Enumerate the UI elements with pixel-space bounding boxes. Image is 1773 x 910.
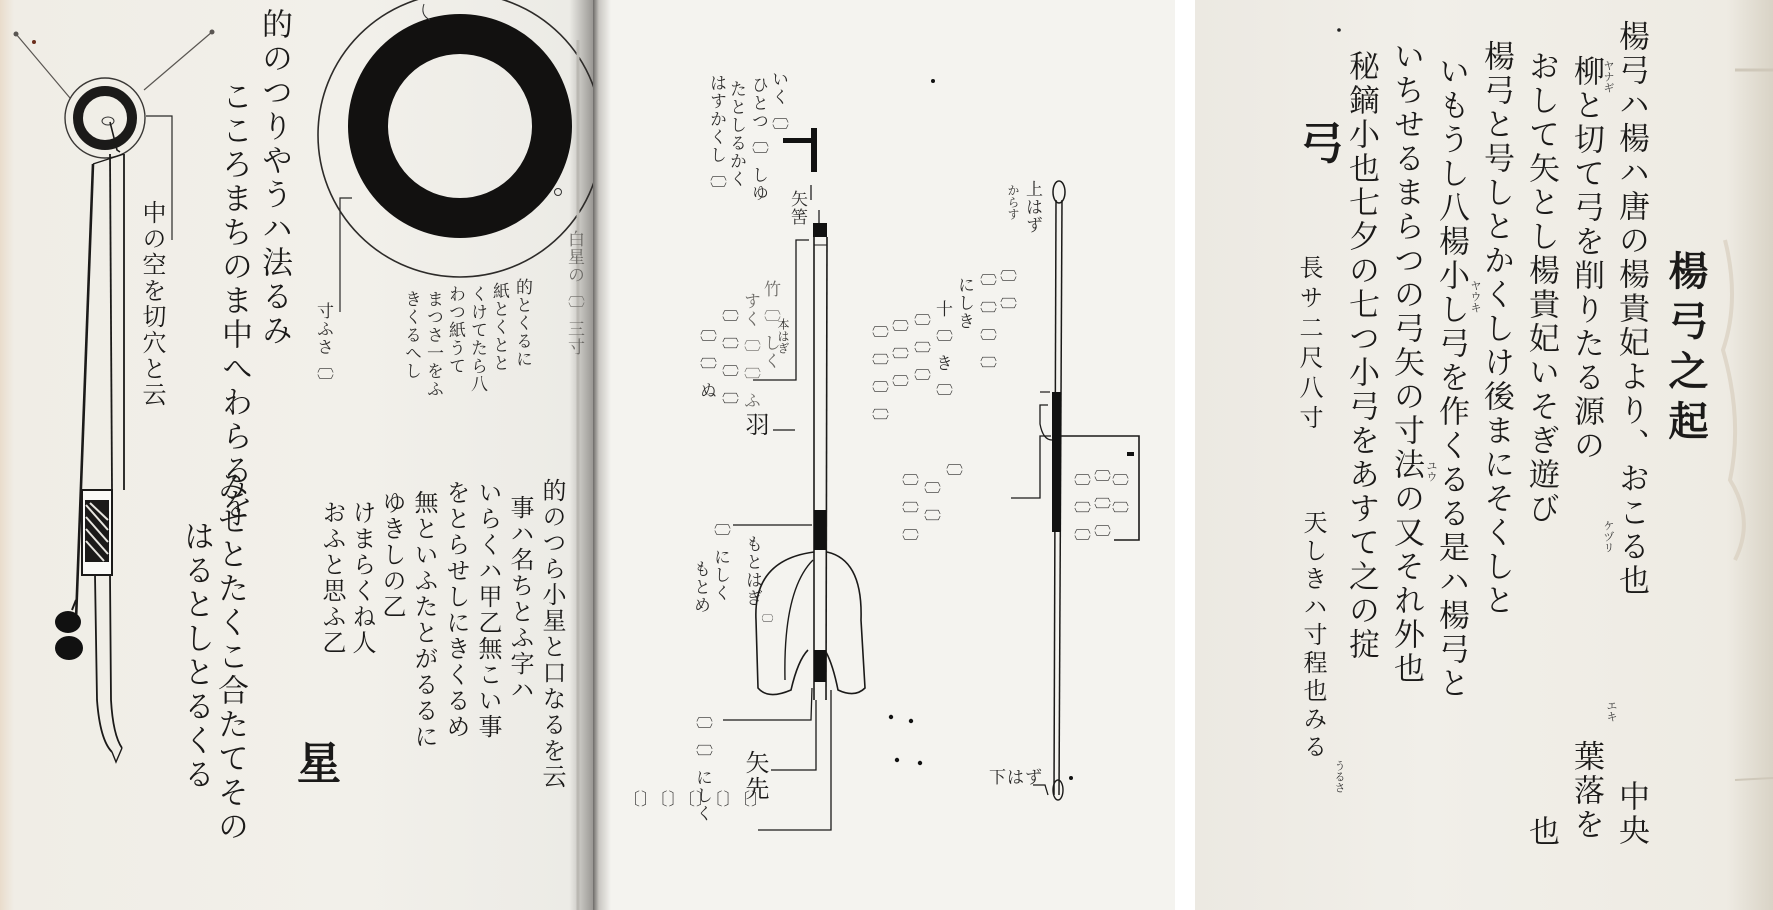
arrow1-label: 〔〕〔〕〔〕〔〕 (719, 298, 736, 417)
scan-gap (1175, 0, 1195, 910)
arrow2-ruby: からす (1007, 184, 1019, 220)
arrow1-label: 〔〕 (761, 606, 773, 630)
manuscript-column: はるとしとるくる (180, 520, 211, 792)
manuscript-column: 天しきハ寸程也みる (1301, 510, 1325, 762)
arrow1-label: もとめ (691, 560, 708, 614)
manuscript-column: おふと思ふ乙 (320, 500, 344, 656)
paper-note-column: まつさ一をふ (424, 290, 441, 398)
large-kanji-hoshi: 星 (292, 740, 336, 788)
arrow1-label: 〔〕〔〕〔〕〔〕〔〕 (623, 792, 769, 809)
paper-note-column: 的とくるに (513, 278, 530, 368)
document-title: 楊弓之起 (1665, 250, 1705, 450)
arrow1-label: たとしるかく (727, 80, 744, 188)
arrow2-label: 〔〕〔〕〔〕 (911, 302, 928, 393)
large-target-icon (318, 0, 593, 277)
arrow-diagrams (593, 0, 1175, 910)
arrow2-box-label: 〔〕〔〕〔〕 (1091, 458, 1108, 549)
arrow2-label: 〔〕〔〕〔〕〔〕 (977, 262, 994, 381)
ruby-text: ケヅリ (1600, 520, 1616, 553)
arrow2-label: 〔〕〔〕〔〕〔〕 (869, 314, 886, 433)
arrow1-nock-label: 矢筈 (788, 190, 805, 226)
gutter-note-column: 白星の〔〕三寸 (565, 230, 582, 356)
arrow1-label: 〔〕にしく (711, 512, 728, 602)
small-target-icon (65, 78, 145, 158)
ruby-text: ヤナギ (1600, 60, 1616, 93)
manuscript-column: いもうし八楊小し弓を作くるる是ハ楊弓と (1435, 55, 1466, 701)
paper-note-column: くけてたら八 (468, 285, 485, 393)
manuscript-column: 的のつりやうハ法るみ (258, 8, 289, 348)
manuscript-column: こころまちのま中へわらるを (218, 80, 249, 522)
arrow1-label: はすかくし〔〕 (707, 74, 724, 200)
manuscript-column: いちせるまらつの弓矢の寸法の又それ外也 (1390, 40, 1421, 686)
arrow1-label: 〔〕〔〕ぬ (697, 318, 714, 400)
bow-label-text: 中の空を切穴と云 (140, 200, 164, 408)
manuscript-column-end: 葉落を (1570, 740, 1601, 842)
arrow1-label: いく〔〕 (769, 70, 786, 142)
manuscript-column: おして矢とし楊貴妃いそぎ遊び (1525, 50, 1556, 526)
bow-length: 長サ二尺八寸 (1297, 255, 1321, 435)
manuscript-column: 楊弓ハ楊ハ唐の楊貴妃より、おこる也 (1615, 20, 1646, 598)
arrow1-feather-label: 羽 (743, 412, 767, 438)
manuscript-column: 楊弓と号しとかくしけ後まにそくしと (1480, 40, 1511, 618)
arrow2-label: 十〔〕き〔〕 (933, 300, 950, 408)
manuscript-column: ゆきしの乙 (380, 490, 404, 620)
manuscript-column: 無といふたとがるるに (412, 490, 436, 750)
arrow2-bottom-label: 下はず (989, 770, 1043, 787)
arrow2-grip-label: 〔〕 (943, 452, 960, 488)
ruby-text: ユウ (1423, 460, 1439, 482)
arrow2-top-label: 上はず (1023, 180, 1040, 234)
bow-heading: 弓 (1295, 120, 1339, 168)
arrow2-grip-label: 〔〕〔〕 (921, 470, 938, 534)
manuscript-column-end: 也 (1525, 815, 1556, 849)
gourd-bead-icon (55, 611, 83, 660)
arrow2-label: 〔〕〔〕〔〕 (889, 308, 906, 399)
manuscript-page-right: 楊弓之起 楊弓ハ楊ハ唐の楊貴妃より、おこる也 中央 柳と切て弓を削りたる源の ヤ… (1195, 0, 1773, 910)
manuscript-column: 柳と切て弓を削りたる源の (1570, 55, 1601, 463)
manuscript-page-middle: いく〔〕 ひとつ〔〕しゆ たとしるかく はすかくし〔〕 矢筈 竹〔〕しく すく〔… (593, 0, 1175, 910)
arrow2-box-label: 〔〕〔〕 (1109, 462, 1126, 526)
manuscript-column: をとらせしにきくるめ (444, 480, 468, 740)
ruby-text: ヤウキ (1467, 280, 1483, 313)
manuscript-column: 的のつら小星と口なるを云 (540, 478, 564, 790)
manuscript-page-left: 中の空を切穴と云 的のつりやうハ法るみ こころまちのま中へわらるを はるとしとる… (0, 0, 593, 910)
manuscript-column: けまらくね人 (350, 500, 374, 656)
arrow2-label: にしき (955, 276, 972, 330)
paper-note-column: わつ紙うて (446, 285, 463, 375)
scale-label: 寸ふさ〔〕 (314, 302, 331, 392)
manuscript-column: みせとたくこ合たてその (214, 470, 245, 844)
manuscript-column: 事ハ名ちとふ字ハ (508, 495, 532, 703)
paper-note-column: 紙とくとと (490, 282, 507, 372)
arrow2-label: 〔〕〔〕 (997, 258, 1014, 322)
paper-note-column: きくるへし (402, 290, 419, 380)
arrow1-label: すく〔〕〔〕ふ (741, 292, 758, 410)
ruby-text: うるさ (1331, 760, 1347, 793)
arrow2-box-label: 〔〕〔〕〔〕 (1071, 462, 1088, 553)
manuscript-column-end: 中央 (1615, 780, 1646, 848)
bow-shaft (72, 122, 124, 762)
arrow2-grip-label: 〔〕〔〕〔〕 (899, 462, 916, 553)
arrow1-label: ひとつ〔〕しゆ (749, 76, 766, 202)
arrow1-ruby: 本はぎ (777, 318, 789, 354)
arrow1-label: もとはぎ (743, 535, 760, 607)
manuscript-column: いらくハ甲乙無こい事 (476, 480, 500, 740)
ruby-text: エキ (1603, 700, 1619, 722)
manuscript-column: 秘鏑小也七夕の七つ小弓をあすて之の掟 (1345, 50, 1376, 662)
